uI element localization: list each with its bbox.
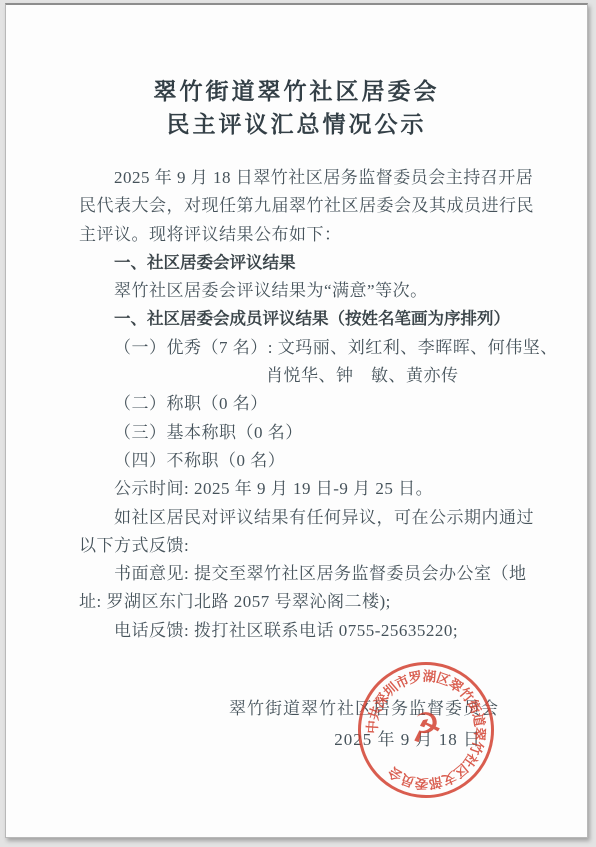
signature-block: 翠竹街道翠竹社区居务监督委员会 2025 年 9 月 18 日	[229, 693, 499, 755]
feedback-phone-line: 电话反馈: 拨打社区联系电话 0755-25635220;	[79, 617, 517, 645]
feedback-written-line: 书面意见: 提交至翠竹社区居务监督委员会办公室（地	[79, 560, 517, 588]
publicity-period-line: 公示时间: 2025 年 9 月 19 日-9 月 25 日。	[79, 475, 517, 503]
grade-line-excellent: （一）优秀（7 名）: 文玛丽、刘红利、李晖晖、何伟坚、	[79, 334, 517, 362]
signature-org: 翠竹街道翠竹社区居务监督委员会	[229, 693, 499, 724]
document-page: 翠竹街道翠竹社区居委会 民主评议汇总情况公示 2025 年 9 月 18 日翠竹…	[5, 3, 588, 838]
paragraph-line: 以下方式反馈:	[79, 532, 517, 560]
grade-line-incompetent: （四）不称职（0 名）	[79, 447, 517, 475]
grade-line-competent: （二）称职（0 名）	[79, 390, 517, 418]
paragraph-line: 2025 年 9 月 18 日翠竹社区居务监督委员会主持召开居	[79, 164, 517, 192]
grade-names-continued: 肖悦华、钟 敏、黄亦传	[79, 362, 517, 390]
document-title-line1: 翠竹街道翠竹社区居委会	[6, 75, 587, 108]
scanned-notice-screenshot: { "colors": { "stamp_red": "#d23b2a", "t…	[0, 0, 596, 847]
signature-date: 2025 年 9 月 18 日	[229, 724, 499, 755]
section-heading: 一、社区居委会成员评议结果（按姓名笔画为序排列）	[79, 305, 517, 333]
paragraph-line: 如社区居民对评议结果有任何异议，可在公示期内通过	[79, 504, 517, 532]
paragraph-line: 民代表大会，对现任第九届翠竹社区居委会及其成员进行民	[79, 192, 517, 220]
document-title-line2: 民主评议汇总情况公示	[6, 108, 587, 141]
feedback-written-line-continued: 址: 罗湖区东门北路 2057 号翠沁阁二楼);	[79, 588, 517, 616]
grade-line-basically-competent: （三）基本称职（0 名）	[79, 419, 517, 447]
document-body: 2025 年 9 月 18 日翠竹社区居务监督委员会主持召开居 民代表大会，对现…	[79, 164, 517, 645]
paragraph-line: 翠竹社区居委会评议结果为“满意”等次。	[79, 277, 517, 305]
section-heading: 一、社区居委会评议结果	[79, 249, 517, 277]
paragraph-line: 主评议。现将评议结果公布如下：	[79, 221, 517, 249]
document-title: 翠竹街道翠竹社区居委会 民主评议汇总情况公示	[6, 75, 587, 141]
